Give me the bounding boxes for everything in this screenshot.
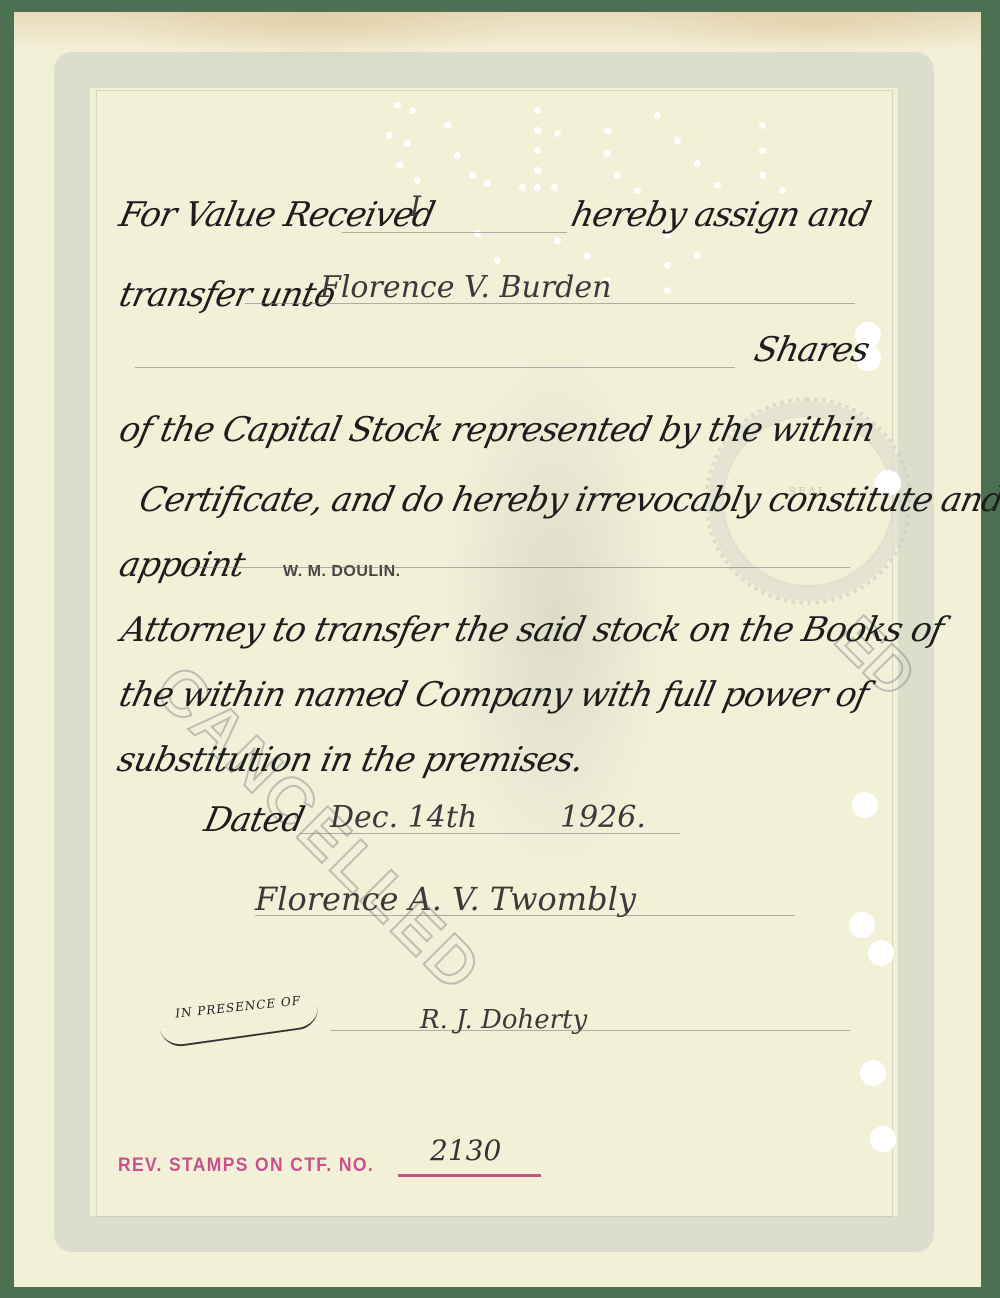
transferee-name: Florence V. Burden [320,270,611,305]
label-dated: Dated [201,800,308,840]
label-within-named-company: the within named Company with full power… [116,675,872,715]
shares-line [135,367,735,368]
age-stain [14,12,981,52]
label-for-value-received: For Value Received [116,195,438,235]
date-line [300,833,680,834]
assignor-signature: Florence A. V. Twombly [255,880,636,918]
label-capital-stock: of the Capital Stock represented by the … [116,410,878,450]
revenue-number-line [398,1174,541,1177]
revenue-stamp-label: REV. STAMPS ON CTF. NO. [118,1155,374,1177]
signature-line [255,915,795,916]
label-attorney-transfer: Attorney to transfer the said stock on t… [118,610,947,650]
label-appoint: appoint [116,545,248,585]
punch-hole [852,792,878,818]
revenue-ctf-number: 2130 [430,1134,501,1167]
punch-hole [868,940,894,966]
witness-line [330,1030,850,1031]
punch-hole [860,1060,886,1086]
assignor-line [342,232,567,233]
transferee-line [245,303,855,304]
label-hereby-assign: hereby assign and [568,195,874,235]
punch-hole [849,912,875,938]
assignor-pronoun: I [410,190,421,223]
label-shares: Shares [751,330,873,370]
label-transfer-unto: transfer unto [116,275,339,315]
label-substitution: substitution in the premises. [114,740,587,780]
punch-hole [870,1126,896,1152]
attorney-stamp: W. M. DOULIN. [283,563,401,581]
date-month-day: Dec. 14th [330,800,477,835]
label-certificate-constitute: Certificate, and do hereby irrevocably c… [136,480,1000,520]
attorney-line [190,567,850,568]
date-year: 1926. [560,800,646,835]
